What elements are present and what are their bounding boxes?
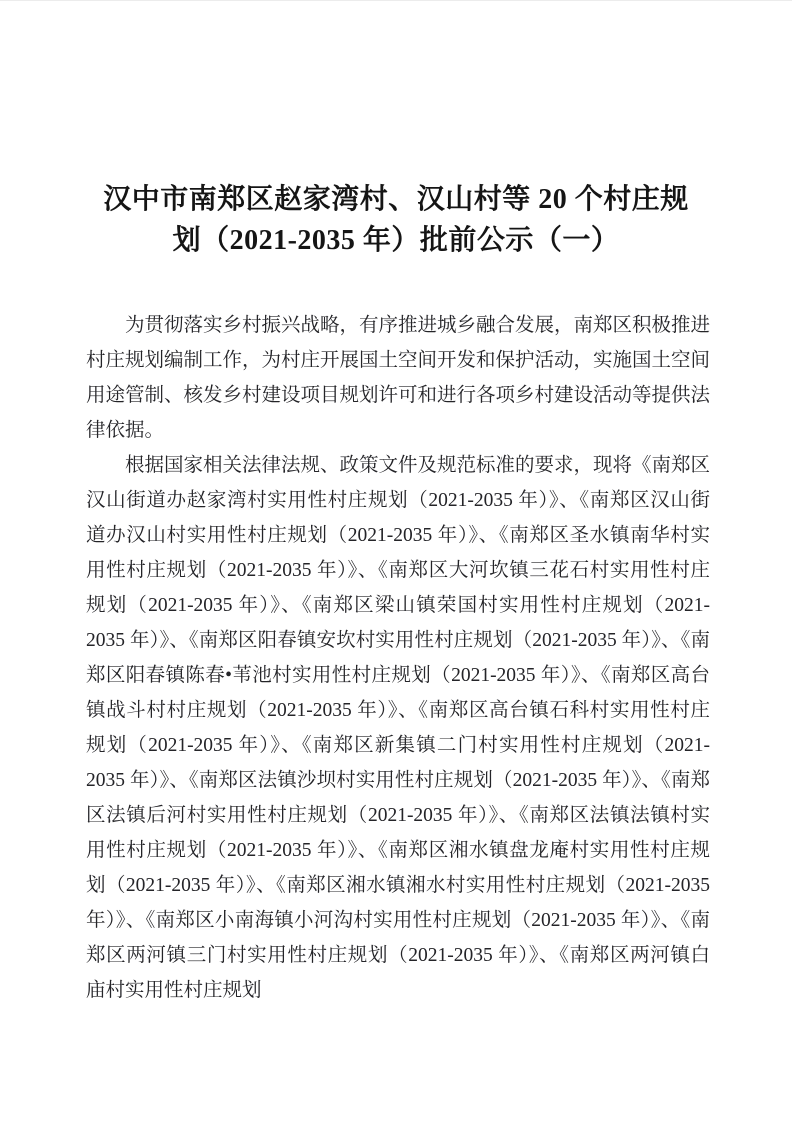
document-body: 为贯彻落实乡村振兴战略，有序推进城乡融合发展，南郑区积极推进村庄规划编制工作，为… bbox=[86, 308, 710, 1008]
document-title-line-2: 划（2021-2035 年）批前公示（一） bbox=[60, 220, 732, 261]
paragraph-plan-list: 根据国家相关法律法规、政策文件及规范标准的要求，现将《南郑区汉山街道办赵家湾村实… bbox=[86, 448, 710, 1008]
document-title-line-1: 汉中市南郑区赵家湾村、汉山村等 20 个村庄规 bbox=[60, 179, 732, 220]
document-title: 汉中市南郑区赵家湾村、汉山村等 20 个村庄规 划（2021-2035 年）批前… bbox=[60, 179, 732, 261]
paragraph-policy-intro: 为贯彻落实乡村振兴战略，有序推进城乡融合发展，南郑区积极推进村庄规划编制工作，为… bbox=[86, 308, 710, 448]
document-page: 汉中市南郑区赵家湾村、汉山村等 20 个村庄规 划（2021-2035 年）批前… bbox=[0, 0, 792, 1121]
